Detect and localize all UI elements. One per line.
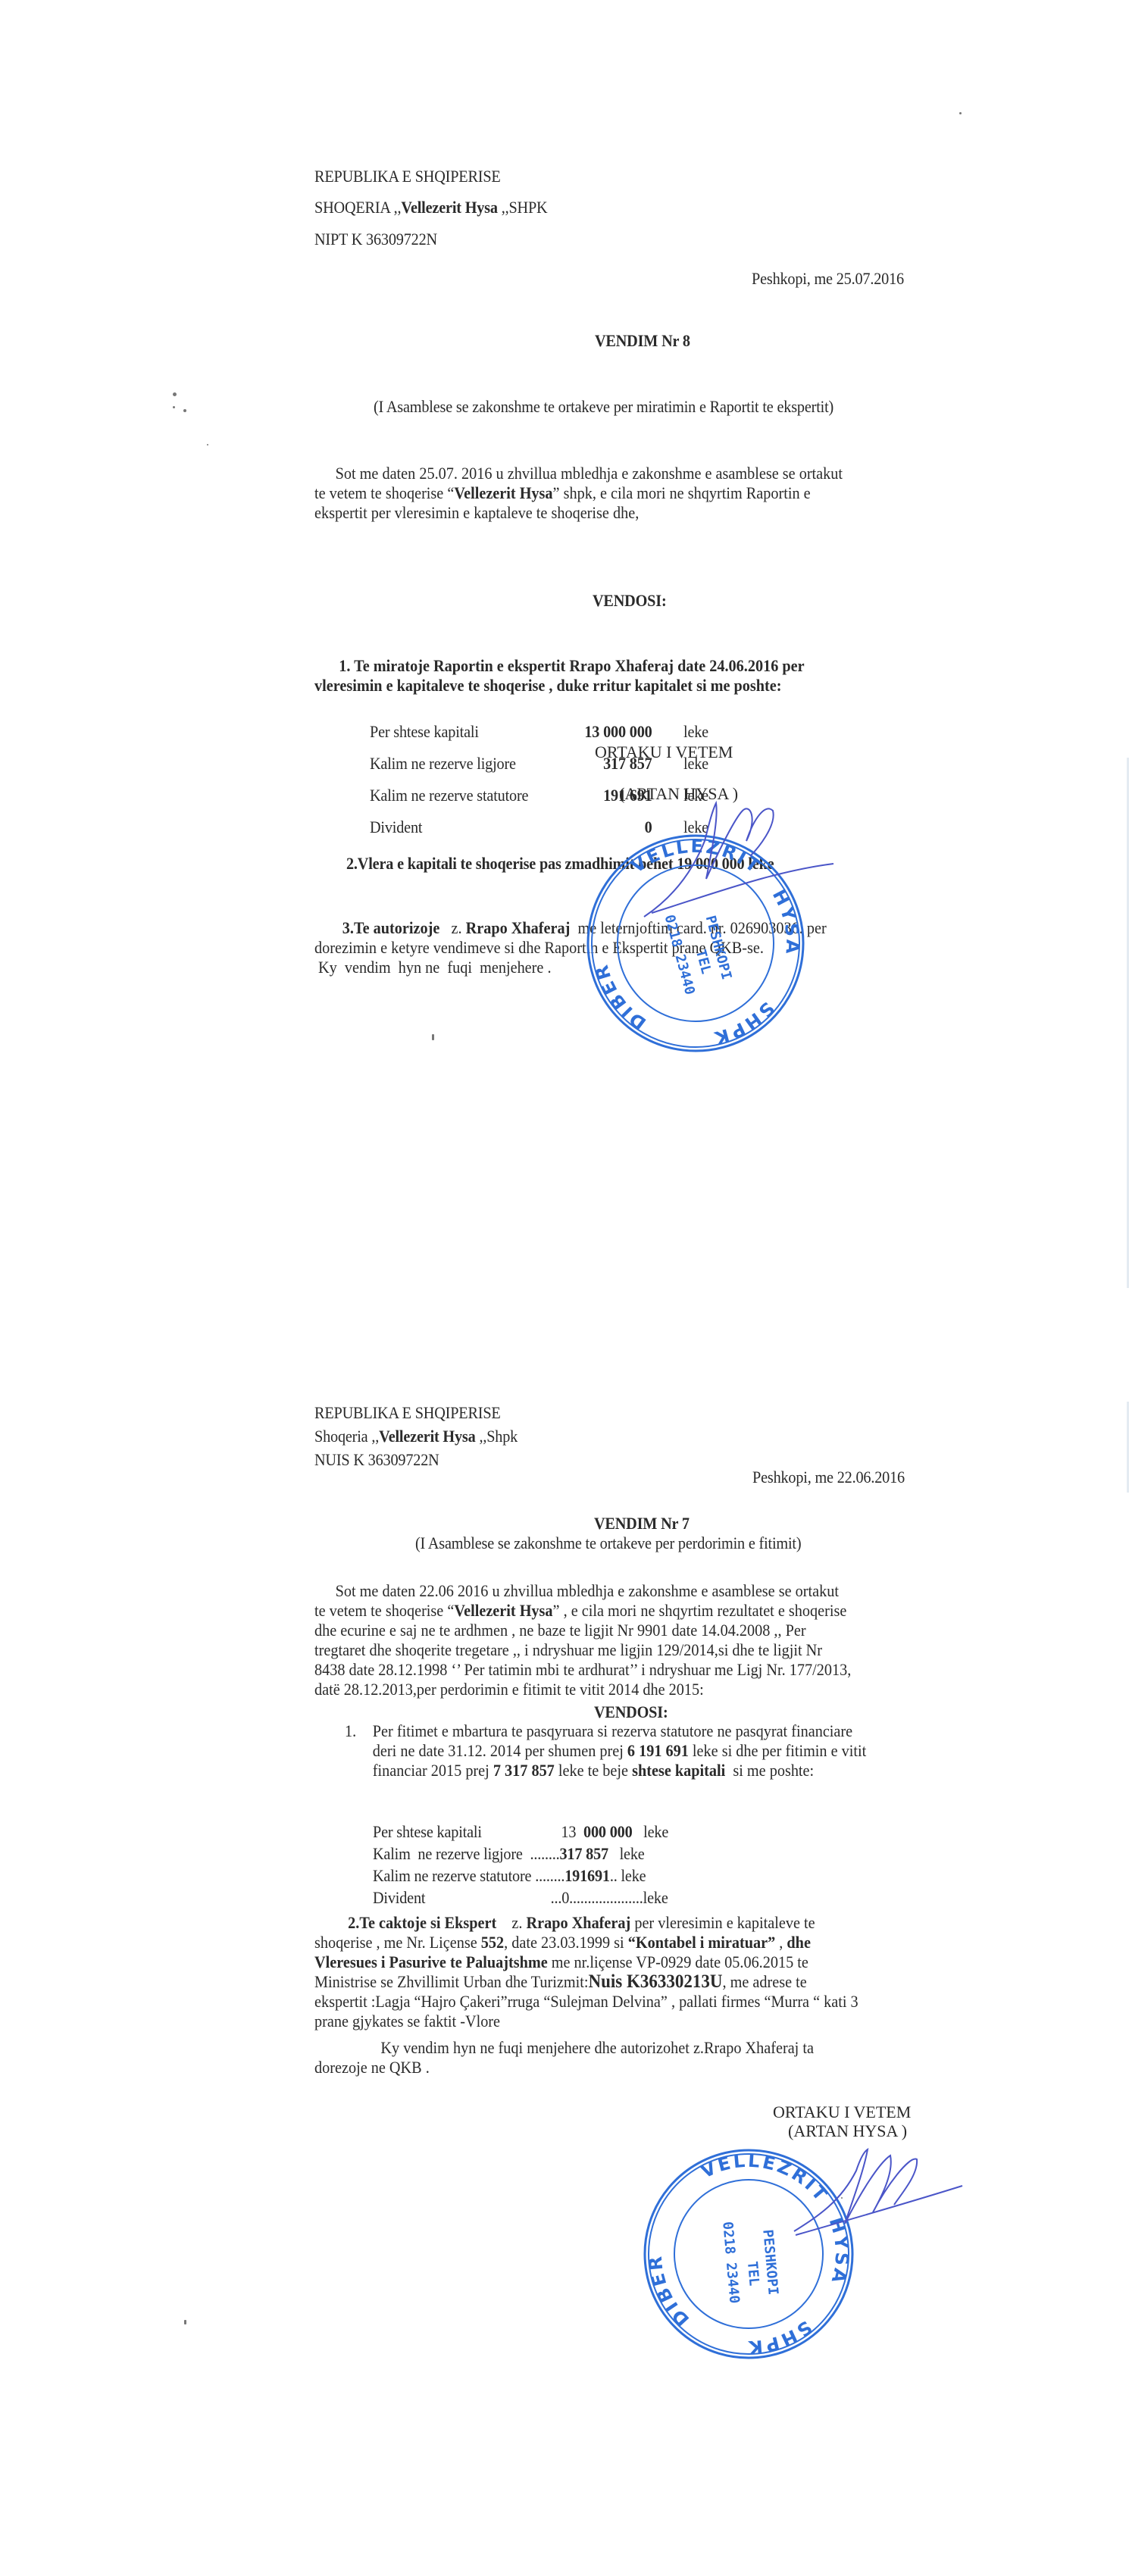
intro-paragraph: Sot me daten 22.06 2016 u zhvillua mbled…	[314, 1581, 851, 1699]
intro-line-2: te vetem te shoqerise “Vellezerit Hysa” …	[314, 1601, 851, 1621]
header-tax-id: NIPT K 36309722N	[314, 230, 437, 249]
item-2-text: dhe	[787, 1933, 811, 1952]
signature-role: ORTAKU I VETEM	[773, 2102, 911, 2122]
capital-row-label: Kalim ne rezerve statutore ........	[373, 1866, 564, 1885]
item-1-line-2: deri ne date 31.12. 2014 per shumen prej…	[345, 1741, 866, 1761]
intro-line-3: dhe ecurine e saj ne te ardhmen , ne baz…	[314, 1621, 851, 1640]
decision-title: VENDIM Nr 7	[594, 1514, 690, 1533]
item-2-text: ,	[775, 1933, 787, 1952]
capital-row-label: Divident	[370, 818, 558, 837]
intro-company: Vellezerit Hysa	[454, 1601, 552, 1620]
item-1-text: leke te beje	[555, 1761, 632, 1780]
capital-table-row: Divident...0....................leke	[373, 1888, 668, 1908]
capital-row-currency: leke	[633, 1822, 669, 1841]
capital-row-amount-suffix: ..	[610, 1866, 618, 1885]
item-2-text: z.	[496, 1913, 526, 1932]
svg-text:0218 23440: 0218 23440	[719, 2221, 742, 2304]
item-2-text: , me adrese te	[723, 1972, 807, 1991]
item-2-line-6: prane gjykates se faktit -Vlore	[314, 2012, 858, 2031]
decision-subtitle: (I Asamblese se zakonshme te ortakeve pe…	[415, 1533, 801, 1553]
header-country: REPUBLIKA E SHQIPERISE	[314, 167, 501, 186]
decided-heading: VENDOSI:	[593, 591, 667, 611]
svg-text:PESHKOPI: PESHKOPI	[759, 2229, 780, 2296]
item-2-name: Rrapo Xhaferaj	[527, 1913, 631, 1932]
item-1-text: financiar 2015 prej	[373, 1761, 493, 1780]
capital-table-row: Per shtese kapitali13 000 000leke	[370, 722, 708, 742]
intro-text: ” shpk, e cila mori ne shqyrtim Raportin…	[553, 483, 811, 502]
capital-row-amount-suffix: ...0....................	[551, 1888, 643, 1907]
svg-text:TEL: TEL	[693, 948, 715, 976]
scan-speck	[207, 444, 208, 445]
document-vendim-8: REPUBLIKA E SHQIPERISE SHOQERIA ,,Vellez…	[0, 0, 1129, 1288]
item-2-text: , date 23.03.1999 si	[504, 1933, 628, 1952]
intro-line-2: te vetem te shoqerise “Vellezerit Hysa” …	[314, 483, 843, 503]
scan-speck	[432, 1034, 434, 1040]
item-2-text: per vleresimin e kapitaleve te	[630, 1913, 815, 1932]
item-3-number: 3.Te autorizoje	[342, 918, 440, 937]
place-date: Peshkopi, me 22.06.2016	[752, 1468, 905, 1487]
capital-row-label: Divident	[373, 1888, 551, 1908]
intro-line-1: Sot me daten 25.07. 2016 u zhvillua mble…	[314, 464, 843, 483]
svg-text:TEL: TEL	[744, 2261, 762, 2287]
capital-row-amount: 191691	[564, 1866, 610, 1885]
intro-text: te vetem te shoqerise “	[314, 483, 454, 502]
signature-role: ORTAKU I VETEM	[595, 742, 733, 762]
capital-table-row: Per shtese kapitali13 000 000 leke	[373, 1822, 668, 1842]
place-date: Peshkopi, me 25.07.2016	[752, 269, 904, 289]
item-3-name: Rrapo Xhaferaj	[466, 918, 571, 937]
intro-line-6: datë 28.12.2013,per perdorimin e fitimit…	[314, 1680, 851, 1699]
item-1-text: si me poshte:	[725, 1761, 814, 1780]
intro-text: te vetem te shoqerise “	[314, 1601, 454, 1620]
valuer-title: Vleresues i Pasurive te Paluajtshme	[314, 1952, 548, 1971]
capital-row-currency: leke	[652, 722, 708, 741]
item-1-emphasis: shtese kapitali	[632, 1761, 725, 1780]
scan-speck	[841, 2197, 843, 2199]
decided-heading: VENDOSI:	[594, 1702, 668, 1722]
decision-title: VENDIM Nr 8	[595, 331, 690, 351]
intro-line-3: ekspertit per vleresimin e kaptaleve te …	[314, 503, 843, 523]
intro-company: Vellezerit Hysa	[454, 483, 552, 502]
capital-row-amount: 317 857	[559, 1844, 608, 1863]
item-1-number: 1.	[345, 1721, 373, 1741]
scan-speck	[183, 409, 186, 412]
intro-paragraph: Sot me daten 25.07. 2016 u zhvillua mble…	[314, 464, 843, 523]
capital-row-currency: leke	[643, 1888, 668, 1907]
capital-table-row: Kalim ne rezerve statutore ........19169…	[373, 1866, 646, 1886]
item-1-line-2: vleresimin e kapitaleve te shoqerise , d…	[314, 676, 805, 696]
company-prefix: Shoqeria ,,	[314, 1427, 379, 1446]
intro-line-1: Sot me daten 22.06 2016 u zhvillua mbled…	[314, 1581, 851, 1601]
svg-text:0218 23440: 0218 23440	[661, 913, 698, 996]
scan-speck	[959, 112, 962, 114]
scan-speck	[184, 2320, 186, 2324]
closing: Ky vendim hyn ne fuqi menjehere dhe auto…	[314, 2038, 814, 2077]
company-name: Vellezerit Hysa	[401, 198, 497, 217]
intro-line-5: 8438 date 28.12.1998 ‘’ Per tatimin mbi …	[314, 1660, 851, 1680]
capital-row-label: Per shtese kapitali	[373, 1822, 561, 1842]
expert-nuis: Nuis K36330213U	[589, 1971, 723, 1992]
signature-scribble	[621, 788, 849, 924]
header-company: Shoqeria ,,Vellezerit Hysa ,,Shpk	[314, 1427, 518, 1446]
capital-row-label: Kalim ne rezerve ligjore	[370, 754, 558, 774]
capital-row-currency: leke	[608, 1844, 645, 1863]
closing-line-2: dorezoje ne QKB .	[314, 2058, 814, 2077]
license-title: “Kontabel i miratuar”	[628, 1933, 776, 1952]
signature-name: (ARTAN HYSA )	[788, 2121, 907, 2141]
item-1-text: leke si dhe per fitimin e vitit	[689, 1741, 866, 1760]
company-name: Vellezerit Hysa	[379, 1427, 475, 1446]
item-1-amount: 7 317 857	[493, 1761, 555, 1780]
header-tax-id: NUIS K 36309722N	[314, 1450, 439, 1470]
item-2-line-5: ekspertit :Lagja “Hajro Çakeri”rruga “Su…	[314, 1992, 858, 2012]
item-1-text: Per fitimet e mbartura te pasqyruara si …	[373, 1721, 852, 1740]
item-2-line-2: shoqerise , me Nr. Liçense 552, date 23.…	[314, 1933, 858, 1952]
scan-speck	[173, 406, 175, 408]
capital-row-amount: 000 000	[583, 1822, 633, 1841]
item-1-line-1: 1.Per fitimet e mbartura te pasqyruara s…	[345, 1721, 866, 1741]
item-2-number: 2.Te caktoje si Ekspert	[348, 1913, 496, 1932]
capital-row-label: Per shtese kapitali	[370, 722, 558, 742]
intro-text: ” , e cila mori ne shqyrtim rezultatet e…	[553, 1601, 847, 1620]
item-1: 1.Per fitimet e mbartura te pasqyruara s…	[345, 1721, 866, 1780]
intro-line-4: tregtaret dhe shoqerite tregetare ,, i n…	[314, 1640, 851, 1660]
item-2-line-4: Ministrise se Zhvillimit Urban dhe Turiz…	[314, 1972, 858, 1992]
svg-text:SHPK: SHPK	[744, 2315, 818, 2359]
closing-line-1: Ky vendim hyn ne fuqi menjehere dhe auto…	[314, 2038, 814, 2058]
capital-row-label: Kalim ne rezerve ligjore ........	[373, 1844, 559, 1863]
company-prefix: SHOQERIA ,,	[314, 198, 401, 217]
header-company: SHOQERIA ,,Vellezerit Hysa ,,SHPK	[314, 198, 547, 217]
item-1: 1. Te miratoje Raportin e ekspertit Rrap…	[314, 656, 805, 696]
item-1-line-3: financiar 2015 prej 7 317 857 leke te be…	[345, 1761, 866, 1780]
item-2-text: me nr.liçense VP-0929 date 05.06.2015 te	[548, 1952, 808, 1971]
item-1-text: deri ne date 31.12. 2014 per shumen prej	[373, 1741, 627, 1760]
capital-row-label: Kalim ne rezerve statutore	[370, 786, 558, 805]
capital-row-amount: 13 000 000	[558, 722, 652, 742]
item-2-line-1: 2.Te caktoje si Ekspert z. Rrapo Xhafera…	[314, 1913, 858, 1933]
signature-scribble	[788, 2140, 970, 2254]
document-vendim-7: REPUBLIKA E SHQIPERISE Shoqeria ,,Vellez…	[0, 1288, 1129, 2576]
item-2-text: shoqerise , me Nr. Liçense	[314, 1933, 481, 1952]
item-1-amount: 6 191 691	[627, 1741, 689, 1760]
company-suffix: ,,Shpk	[476, 1427, 518, 1446]
item-2-text: Ministrise se Zhvillimit Urban dhe Turiz…	[314, 1972, 589, 1991]
svg-text:DIBER: DIBER	[645, 2252, 695, 2333]
license-number: 552	[481, 1933, 504, 1952]
decision-subtitle: (I Asamblese se zakonshme te ortakeve pe…	[374, 397, 833, 417]
item-1-line-1: 1. Te miratoje Raportin e ekspertit Rrap…	[314, 656, 805, 676]
item-2-line-3: Vleresues i Pasurive te Paluajtshme me n…	[314, 1952, 858, 1972]
company-suffix: ,,SHPK	[498, 198, 548, 217]
item-2: 2.Te caktoje si Ekspert z. Rrapo Xhafera…	[314, 1913, 858, 2031]
scan-speck	[173, 392, 177, 396]
capital-table-row: Kalim ne rezerve ligjore ........317 857…	[373, 1844, 645, 1864]
header-country: REPUBLIKA E SHQIPERISE	[314, 1403, 501, 1423]
capital-row-currency: leke	[618, 1866, 646, 1885]
item-3-text: z.	[439, 918, 465, 937]
capital-row-amount-prefix: 13	[561, 1822, 583, 1841]
